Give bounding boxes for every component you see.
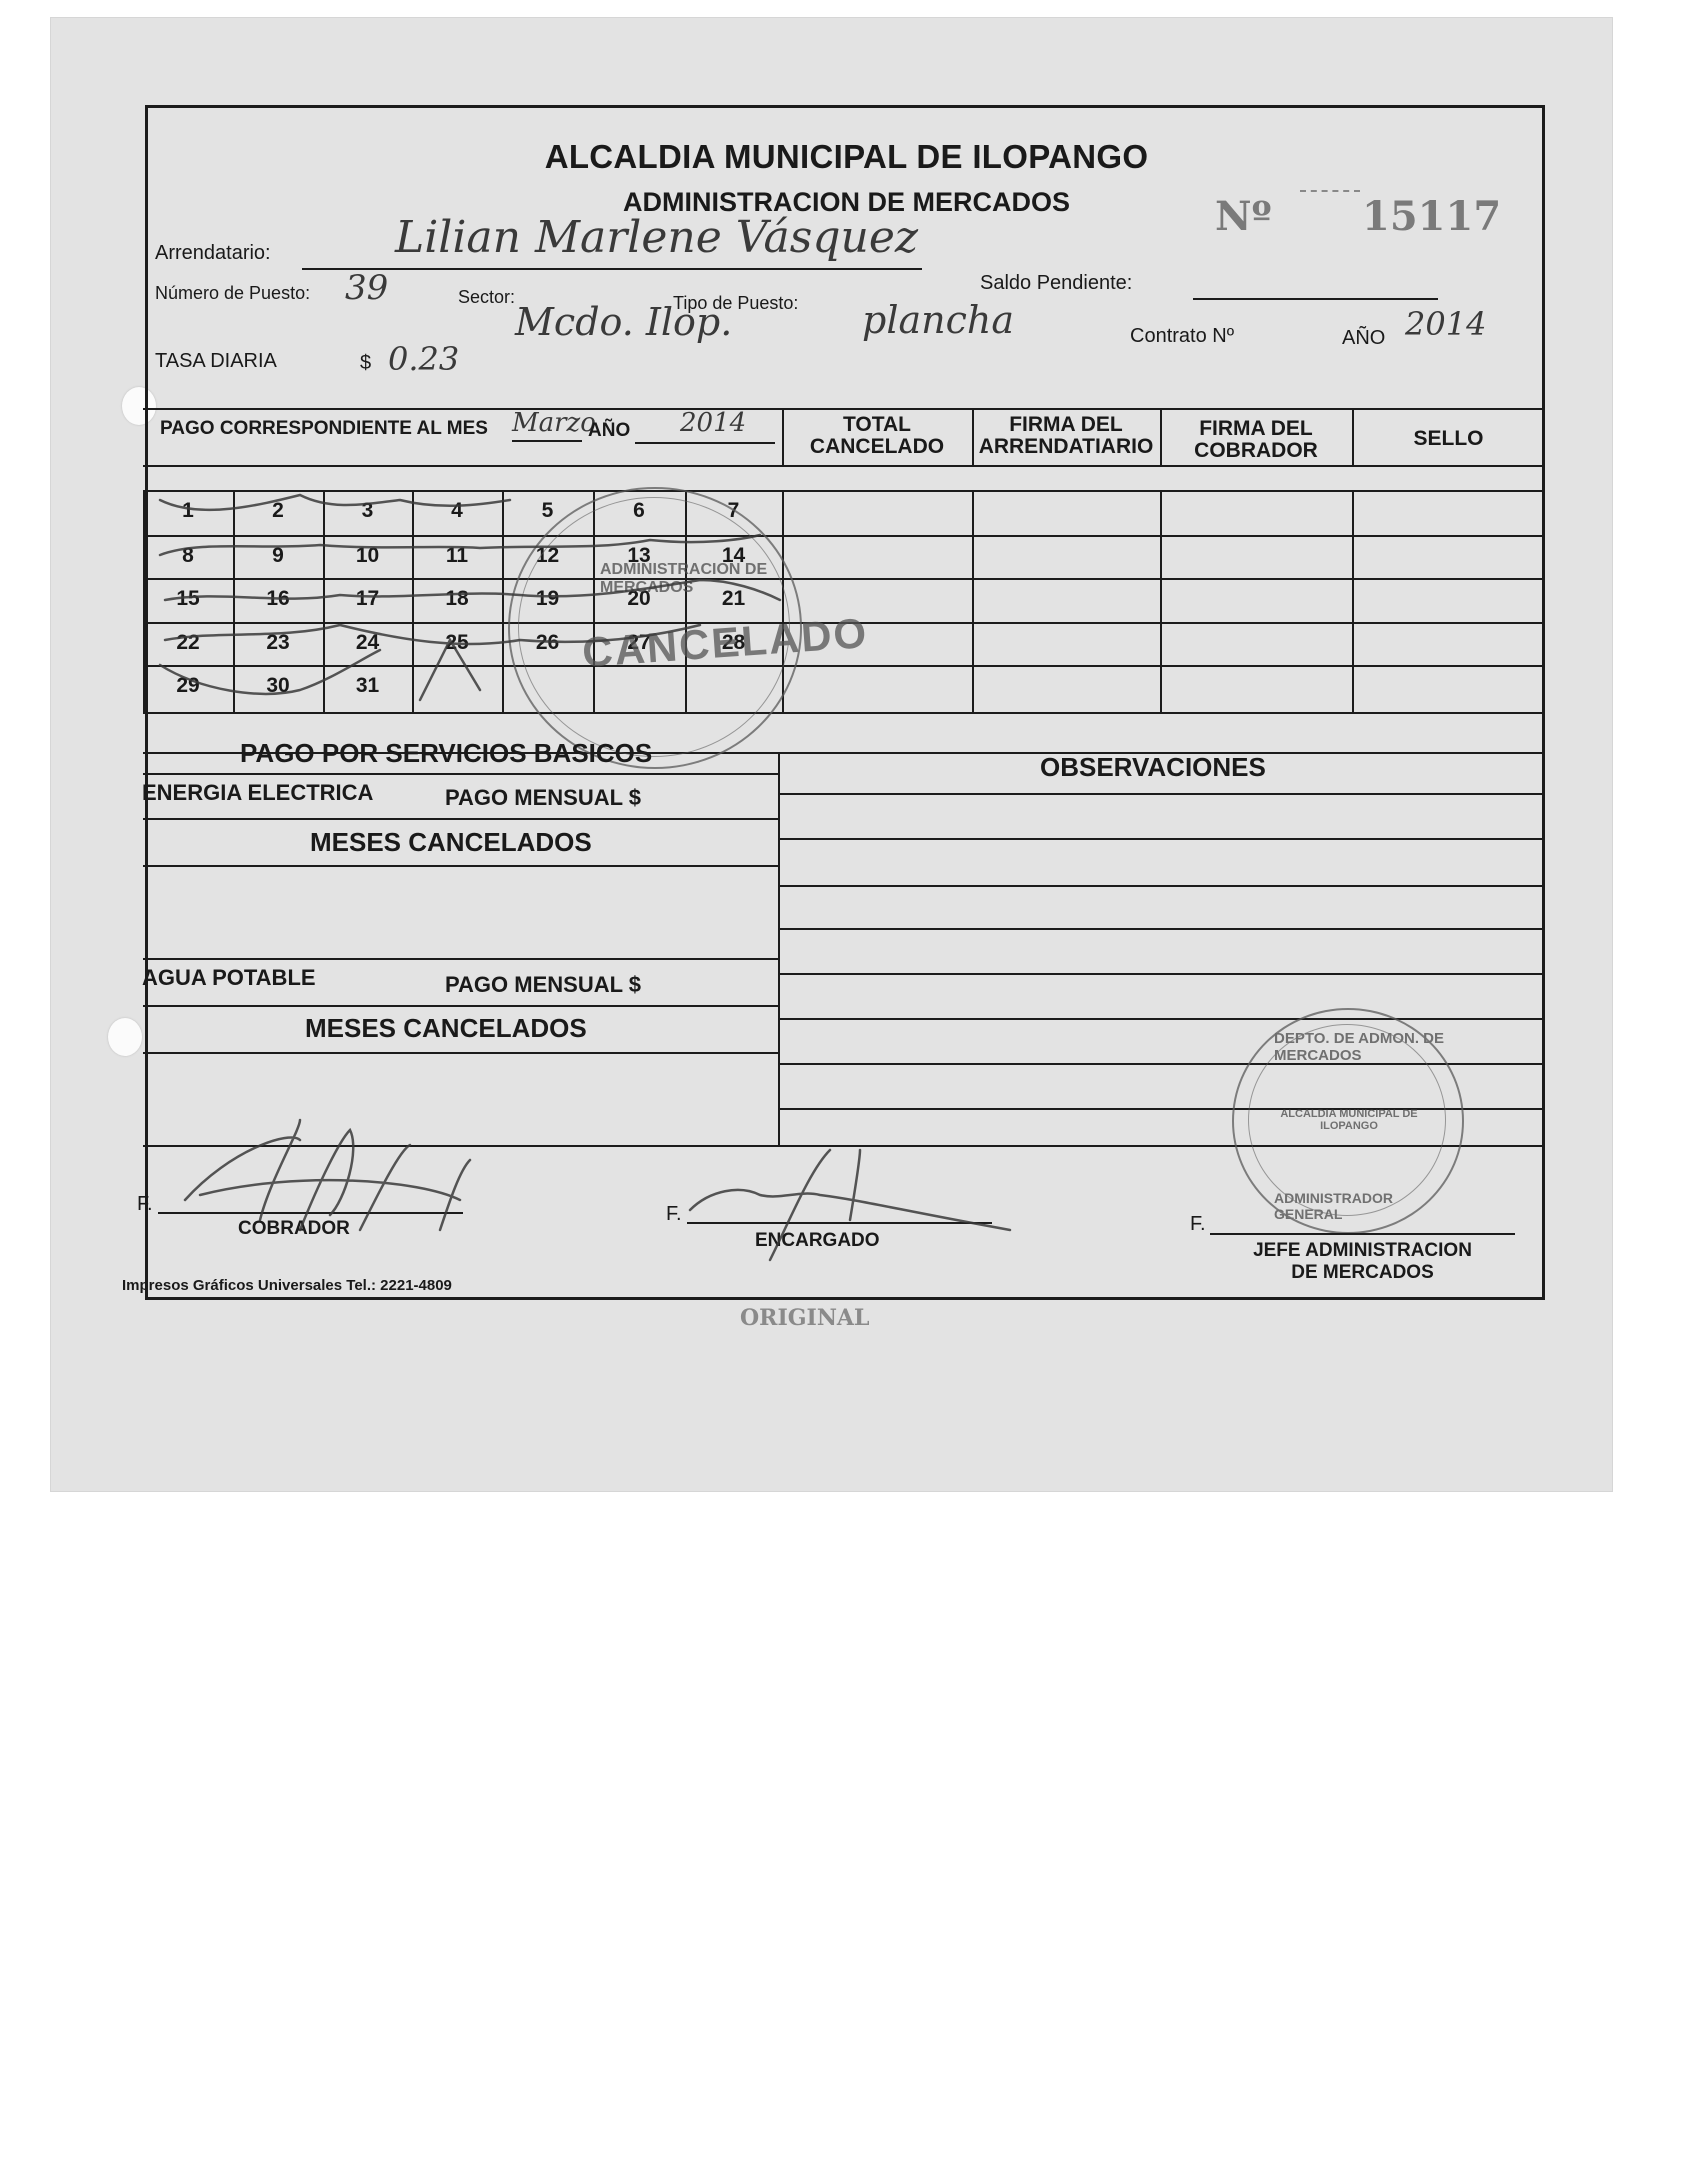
col-total-cancelado: TOTALCANCELADO [782, 414, 972, 458]
sello-cell[interactable] [1352, 490, 1545, 535]
arrendatario-field[interactable]: Lilian Marlene Vásquez [395, 212, 918, 263]
encargado-f-prefix: F. [666, 1203, 682, 1226]
tasa-field[interactable]: 0.23 [388, 340, 459, 378]
day-cell[interactable]: 29 [143, 674, 233, 698]
table-top-rule [143, 408, 1545, 410]
agua-meses-label: MESES CANCELADOS [305, 1013, 587, 1044]
serial-dash [1300, 190, 1360, 192]
tipo-puesto-label: Tipo de Puesto: [673, 293, 798, 314]
jefe-f-prefix: F. [1190, 1213, 1206, 1236]
day-cell[interactable]: 2 [233, 499, 323, 523]
observaciones-title: OBSERVACIONES [1040, 752, 1266, 783]
jefe-label: JEFE ADMINISTRACIONDE MERCADOS [1210, 1240, 1515, 1284]
day-cell[interactable]: 4 [412, 499, 502, 523]
sello-cell[interactable] [1352, 535, 1545, 578]
contrato-field[interactable] [1250, 325, 1330, 349]
day-cell[interactable]: 18 [412, 587, 502, 611]
day-cell[interactable]: 9 [233, 544, 323, 568]
energia-meses-field[interactable] [150, 870, 770, 955]
cobrador-label: COBRADOR [238, 1218, 350, 1240]
firma-cobrador-cell[interactable] [1160, 535, 1352, 578]
firma-cobrador-cell[interactable] [1160, 665, 1352, 712]
total-cancelado-cell[interactable] [782, 665, 972, 712]
day-cell[interactable]: 23 [233, 631, 323, 655]
agua-label: AGUA POTABLE [142, 965, 316, 991]
tasa-currency: $ [360, 352, 371, 375]
year-label: AÑO [588, 420, 630, 442]
saldo-label: Saldo Pendiente: [980, 272, 1132, 295]
services-title: PAGO POR SERVICIOS BASICOS [240, 738, 652, 769]
energia-label: ENERGIA ELECTRICA [142, 780, 373, 806]
sello-cell[interactable] [1352, 578, 1545, 622]
services-rule-1 [143, 773, 778, 775]
arrendatario-underline [302, 268, 922, 270]
arrendatario-label: Arrendatario: [155, 242, 271, 265]
anio-field[interactable]: 2014 [1405, 305, 1486, 343]
energia-pago-label: PAGO MENSUAL $ [445, 785, 641, 811]
day-cell[interactable]: 11 [412, 544, 502, 568]
month-field[interactable]: Marzo [512, 408, 596, 438]
sello-cell[interactable] [1352, 622, 1545, 665]
day-cell[interactable]: 15 [143, 587, 233, 611]
total-cancelado-cell[interactable] [782, 535, 972, 578]
jefe-stamp: DEPTO. DE ADMON. DE MERCADOS ALCALDIA MU… [1232, 1008, 1464, 1234]
month-underline [512, 440, 582, 442]
energia-meses-label: MESES CANCELADOS [310, 827, 592, 858]
period-label: PAGO CORRESPONDIENTE AL MES [160, 418, 488, 440]
sector-label: Sector: [458, 287, 515, 308]
encargado-label: ENCARGADO [755, 1230, 880, 1252]
firma-arrendatario-cell[interactable] [972, 490, 1160, 535]
firma-cobrador-cell[interactable] [1160, 490, 1352, 535]
firma-cobrador-cell[interactable] [1160, 622, 1352, 665]
encargado-signature-line[interactable] [687, 1222, 992, 1224]
services-divider [778, 752, 780, 1145]
year-underline [635, 442, 775, 444]
serial-number-value: 15117 [1362, 193, 1501, 240]
anio-label: AÑO [1342, 327, 1385, 350]
firma-cobrador-cell[interactable] [1160, 578, 1352, 622]
day-cell[interactable]: 1 [143, 499, 233, 523]
col-firma-cobrador: FIRMA DELCOBRADOR [1160, 418, 1352, 462]
agua-pago-label: PAGO MENSUAL $ [445, 972, 641, 998]
printer-credit: Impresos Gráficos Universales Tel.: 2221… [122, 1277, 452, 1294]
total-cancelado-cell[interactable] [782, 490, 972, 535]
form-title: ALCALDIA MUNICIPAL DE ILOPANGO [0, 138, 1693, 176]
day-cell[interactable]: 25 [412, 631, 502, 655]
firma-arrendatario-cell[interactable] [972, 622, 1160, 665]
col-sello: SELLO [1352, 428, 1545, 450]
punch-hole-bottom [108, 1018, 142, 1056]
numero-puesto-label: Número de Puesto: [155, 283, 310, 304]
saldo-field[interactable] [1193, 298, 1438, 300]
day-cell[interactable]: 30 [233, 674, 323, 698]
numero-puesto-field[interactable]: 39 [345, 268, 388, 308]
day-cell[interactable]: 10 [323, 544, 412, 568]
day-cell[interactable]: 31 [323, 674, 412, 698]
day-cell[interactable]: 16 [233, 587, 323, 611]
tasa-label: TASA DIARIA [155, 350, 277, 373]
obs-rule-1 [778, 793, 1545, 795]
firma-arrendatario-cell[interactable] [972, 535, 1160, 578]
services-rule-2 [143, 818, 778, 820]
day-cell[interactable]: 17 [323, 587, 412, 611]
firma-arrendatario-cell[interactable] [972, 578, 1160, 622]
day-cell[interactable]: 22 [143, 631, 233, 655]
table-header-rule [143, 465, 1545, 467]
contrato-label: Contrato Nº [1130, 325, 1234, 348]
original-copy-label: ORIGINAL [740, 1305, 869, 1331]
col-firma-arrendatario: FIRMA DELARRENDATIARIO [972, 414, 1160, 458]
jefe-signature-line[interactable] [1210, 1233, 1515, 1235]
services-rule-4 [143, 958, 778, 960]
sello-cell[interactable] [1352, 665, 1545, 712]
year-field[interactable]: 2014 [680, 408, 746, 438]
grid-bottom-rule [143, 712, 1545, 714]
cobrador-f-prefix: F. [137, 1193, 153, 1216]
firma-arrendatario-cell[interactable] [972, 665, 1160, 712]
services-rule-5 [143, 1005, 778, 1007]
tipo-puesto-field[interactable]: plancha [862, 298, 1014, 342]
cancelado-stamp: ADMINISTRACION DE MERCADOS CANCELADO [508, 487, 802, 769]
day-cell[interactable]: 8 [143, 544, 233, 568]
day-cell[interactable]: 3 [323, 499, 412, 523]
serial-number-label: Nº [1215, 193, 1272, 240]
day-cell[interactable]: 24 [323, 631, 412, 655]
services-rule-6 [143, 1052, 778, 1054]
services-rule-3 [143, 865, 778, 867]
cobrador-signature-line[interactable] [158, 1212, 463, 1214]
